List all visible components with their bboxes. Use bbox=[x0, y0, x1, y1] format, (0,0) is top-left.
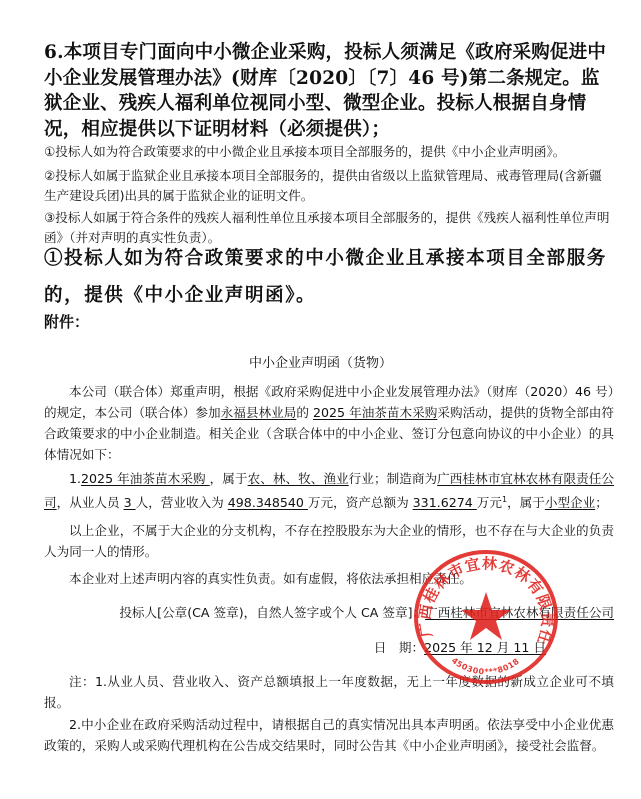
item-text: ，属于 bbox=[210, 471, 248, 486]
svg-text:广西桂林市宜林农林有限责任公司: 广西桂林市宜林农林有限责任公司 bbox=[412, 548, 556, 648]
letter-paragraph-affiliation: 以上企业，不属于大企业的分支机构，不存在控股股东为大企业的情形，也不存在与大企业… bbox=[44, 520, 614, 562]
letter-paragraph-responsibility: 本企业对上述声明内容的真实性负责。如有虚假，将依法承担相应责任。 bbox=[44, 568, 614, 589]
purchaser-name: 永福县林业局 bbox=[221, 405, 297, 420]
selected-requirement: ①投标人如为符合政策要求的中小微企业且承接本项目全部服务的，提供《中小企业声明函… bbox=[44, 240, 614, 314]
signature-value: 广西桂林市宜林农林有限责任公司 bbox=[425, 605, 614, 620]
item-text: ，属于 bbox=[507, 495, 545, 510]
item-employees: 3 bbox=[124, 495, 136, 510]
requirement-item-2: ②投标人如属于监狱企业且承接本项目全部服务的，提供由省级以上监狱管理局、戒毒管理… bbox=[44, 166, 614, 206]
letter-item-1: 1.2025 年油茶苗木采购 ，属于农、林、牧、渔业行业；制造商为广西桂林市宜林… bbox=[44, 468, 614, 513]
item-text: 万元 bbox=[477, 495, 502, 510]
item-text: ； bbox=[595, 495, 608, 510]
item-enterprise-size: 小型企业 bbox=[545, 495, 595, 510]
signature-line: 投标人[公章(CA 签章)，自然人签字或个人 CA 签章]：广西桂林市宜林农林有… bbox=[100, 602, 614, 621]
item-number: 1. bbox=[69, 471, 81, 486]
document-page: 6.本项目专门面向中小微企业采购，投标人须满足《政府采购促进中小企业发展管理办法… bbox=[0, 0, 641, 799]
project-name: 2025 年油茶苗木采购 bbox=[313, 405, 437, 420]
date-line: 日 期：2025 年 12 月 11 日 bbox=[300, 637, 546, 656]
letter-paragraph-declaration: 本公司（联合体）郑重声明，根据《政府采购促进中小企业发展管理办法》（财库（202… bbox=[44, 381, 614, 465]
note-1: 注：1.从业人员、营业收入、资产总额填报上一年度数据，无上一年度数据的新成立企业… bbox=[44, 671, 614, 713]
letter-title: 中小企业声明函（货物） bbox=[0, 352, 641, 371]
requirement-heading: 6.本项目专门面向中小微企业采购，投标人须满足《政府采购促进中小企业发展管理办法… bbox=[44, 40, 614, 142]
item-text: 万元，资产总额为 bbox=[308, 495, 413, 510]
note-2: 2.中小企业在政府采购活动过程中，请根据自己的真实情况出具本声明函。依法享受中小… bbox=[44, 714, 614, 756]
date-value: 2025 年 12 月 11 日 bbox=[424, 640, 546, 655]
item-text: 行业；制造商为 bbox=[349, 471, 437, 486]
stamp-ring-text: 广西桂林市宜林农林有限责任公司 bbox=[412, 548, 556, 648]
item-industry: 农、林、牧、渔业 bbox=[248, 471, 349, 486]
attachment-label: 附件： bbox=[44, 311, 89, 332]
item-text: 人，营业收入为 bbox=[136, 495, 228, 510]
signature-label: 投标人[公章(CA 签章)，自然人签字或个人 CA 签章]： bbox=[119, 605, 425, 620]
item-assets: 331.6274 bbox=[413, 495, 477, 510]
item-project: 2025 年油茶苗木采购 bbox=[81, 471, 210, 486]
connector-text: 的 bbox=[296, 405, 309, 420]
date-label: 日 期： bbox=[374, 640, 424, 655]
item-revenue: 498.348540 bbox=[228, 495, 308, 510]
item-text: ，从业人员 bbox=[57, 495, 124, 510]
requirement-item-1: ①投标人如为符合政策要求的中小微企业且承接本项目全部服务的，提供《中小企业声明函… bbox=[44, 142, 614, 162]
